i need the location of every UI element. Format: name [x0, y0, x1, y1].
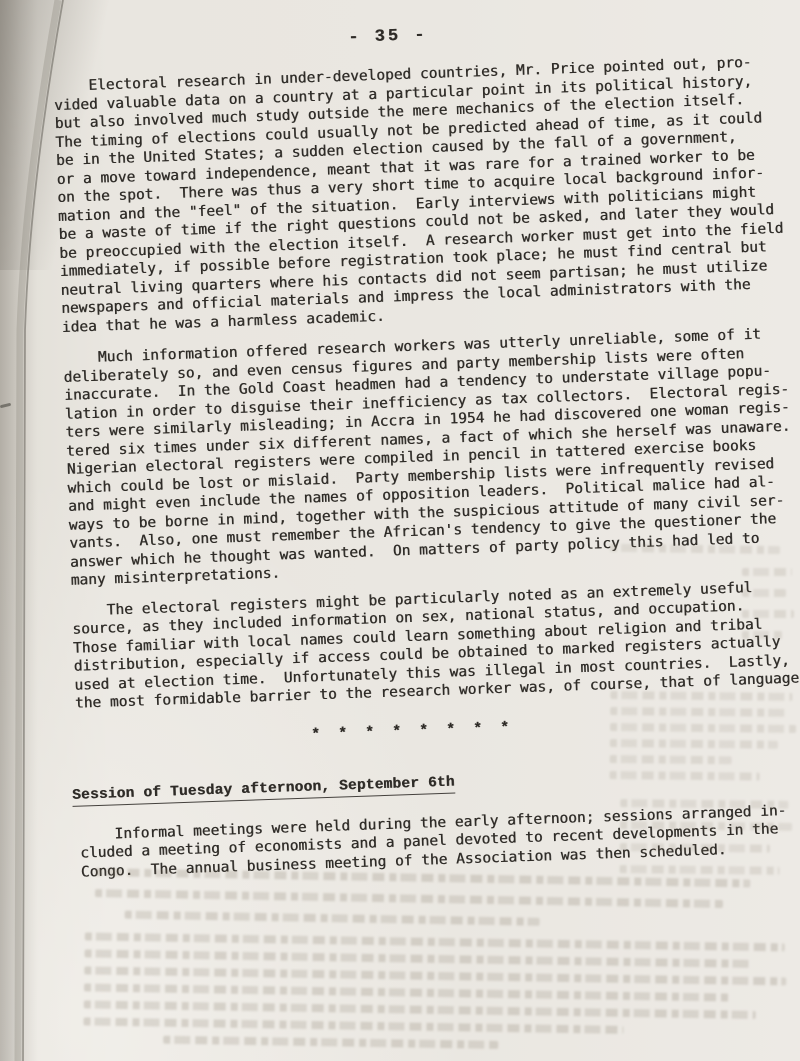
scanned-document-page: - 35 - Electoral research in under-devel…	[0, 0, 800, 1061]
bleed-through-text	[742, 568, 797, 639]
bleed-through-text	[620, 799, 796, 875]
page-number: - 35 -	[0, 0, 788, 62]
body-paragraph-1: Electoral research in under-developed co…	[1, 52, 800, 339]
bleed-through-text	[610, 691, 799, 781]
bleed-through-text	[83, 932, 795, 1053]
bleed-through-text	[95, 868, 776, 930]
session-heading: Session of Tuesday afternoon, September …	[72, 774, 455, 807]
